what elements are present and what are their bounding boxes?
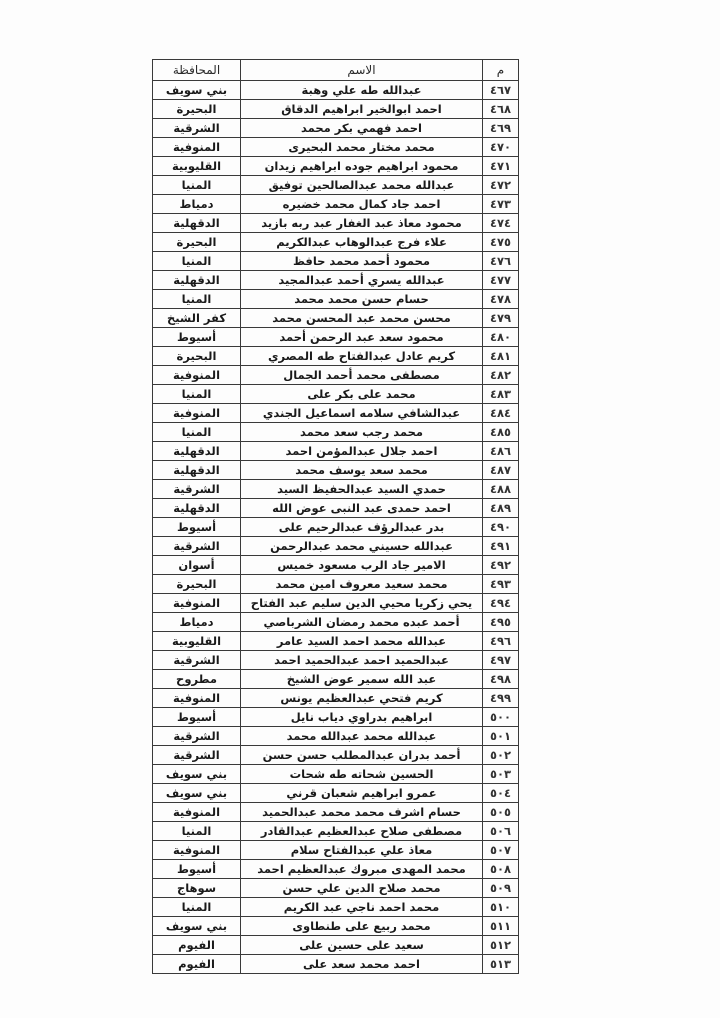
row-name: محمد سعيد معروف امين محمد <box>241 575 483 594</box>
row-name: محمود أحمد محمد حافظ <box>241 252 483 271</box>
table-row: ٤٧٤محمود معاذ عبد الغفار عبد ربه بازيدال… <box>153 214 519 233</box>
table-row: ٥١٣احمد محمد سعد علىالفيوم <box>153 955 519 974</box>
table-row: ٤٨٧محمد سعد يوسف محمدالدقهلية <box>153 461 519 480</box>
row-name: عبد الله سمير عوض الشيخ <box>241 670 483 689</box>
row-governorate: أسيوط <box>153 518 241 537</box>
row-governorate: أسوان <box>153 556 241 575</box>
table-row: ٤٩٠بدر عبدالرؤف عبدالرحيم علىأسيوط <box>153 518 519 537</box>
row-number: ٥٠٧ <box>483 841 519 860</box>
row-number: ٤٨٤ <box>483 404 519 423</box>
table-row: ٤٨٦احمد جلال عبدالمؤمن احمدالدقهلية <box>153 442 519 461</box>
row-number: ٤٧٢ <box>483 176 519 195</box>
table-row: ٤٩٣محمد سعيد معروف امين محمدالبحيرة <box>153 575 519 594</box>
table-row: ٥٠٥حسام اشرف محمد محمد عبدالحميدالمنوفية <box>153 803 519 822</box>
row-number: ٥١٣ <box>483 955 519 974</box>
header-name: الاسم <box>241 60 483 81</box>
row-name: محمد ربيع على طنطاوى <box>241 917 483 936</box>
table-row: ٤٩٨عبد الله سمير عوض الشيخمطروح <box>153 670 519 689</box>
row-governorate: مطروح <box>153 670 241 689</box>
table-row: ٤٧٦محمود أحمد محمد حافظالمنيا <box>153 252 519 271</box>
row-name: علاء فرج عبدالوهاب عبدالكريم <box>241 233 483 252</box>
row-governorate: المنوفية <box>153 366 241 385</box>
table-row: ٤٨٥محمد رجب سعد محمدالمنيا <box>153 423 519 442</box>
table-row: ٤٩٩كريم فتحي عبدالعظيم يونسالمنوفية <box>153 689 519 708</box>
table-row: ٤٨١كريم عادل عبدالفتاح طه المصريالبحيرة <box>153 347 519 366</box>
table-row: ٥٠٧معاذ علي عبدالفتاح سلامالمنوفية <box>153 841 519 860</box>
row-governorate: المنيا <box>153 385 241 404</box>
row-name: كريم عادل عبدالفتاح طه المصري <box>241 347 483 366</box>
row-name: حمدي السيد عبدالحفيظ السيد <box>241 480 483 499</box>
row-governorate: المنيا <box>153 176 241 195</box>
row-name: عبدالشافي سلامه اسماعيل الجندي <box>241 404 483 423</box>
row-governorate: دمياط <box>153 613 241 632</box>
row-number: ٤٧٤ <box>483 214 519 233</box>
row-governorate: المنوفية <box>153 803 241 822</box>
table-row: ٤٩٢الامير جاد الرب مسعود خميسأسوان <box>153 556 519 575</box>
row-name: أحمد عبده محمد رمضان الشرباصي <box>241 613 483 632</box>
table-row: ٥٠٦مصطفى صلاح عبدالعظيم عبدالقادرالمنيا <box>153 822 519 841</box>
row-number: ٤٩٩ <box>483 689 519 708</box>
table-row: ٤٧٠محمد مختار محمد البحيرىالمنوفية <box>153 138 519 157</box>
row-governorate: المنوفية <box>153 404 241 423</box>
row-governorate: الدقهلية <box>153 442 241 461</box>
row-governorate: المنيا <box>153 822 241 841</box>
row-name: عبدالله يسري أحمد عبدالمجيد <box>241 271 483 290</box>
row-name: احمد فهمي بكر محمد <box>241 119 483 138</box>
table-row: ٤٦٩احمد فهمي بكر محمدالشرقية <box>153 119 519 138</box>
row-name: حسام اشرف محمد محمد عبدالحميد <box>241 803 483 822</box>
row-name: محمد صلاح الدين علي حسن <box>241 879 483 898</box>
row-governorate: الشرقية <box>153 727 241 746</box>
table-row: ٥١٢سعيد على حسين علىالفيوم <box>153 936 519 955</box>
row-name: عمرو ابراهيم شعبان قرني <box>241 784 483 803</box>
row-name: سعيد على حسين على <box>241 936 483 955</box>
table-row: ٥٠٤عمرو ابراهيم شعبان قرنيبني سويف <box>153 784 519 803</box>
table-row: ٤٩٥أحمد عبده محمد رمضان الشرباصيدمياط <box>153 613 519 632</box>
row-name: كريم فتحي عبدالعظيم يونس <box>241 689 483 708</box>
row-governorate: المنوفية <box>153 689 241 708</box>
row-number: ٥١١ <box>483 917 519 936</box>
row-number: ٤٩٨ <box>483 670 519 689</box>
row-number: ٥٠٥ <box>483 803 519 822</box>
row-governorate: المنوفية <box>153 138 241 157</box>
row-governorate: بني سويف <box>153 765 241 784</box>
row-governorate: الشرقية <box>153 537 241 556</box>
row-number: ٥٠١ <box>483 727 519 746</box>
row-number: ٤٧٣ <box>483 195 519 214</box>
row-name: مصطفى محمد أحمد الجمال <box>241 366 483 385</box>
row-governorate: أسيوط <box>153 328 241 347</box>
row-number: ٤٨٧ <box>483 461 519 480</box>
table-row: ٤٨٤عبدالشافي سلامه اسماعيل الجنديالمنوفي… <box>153 404 519 423</box>
row-number: ٤٩٥ <box>483 613 519 632</box>
table-row: ٤٩٧عبدالحميد احمد عبدالحميد احمدالشرقية <box>153 651 519 670</box>
row-number: ٥٠٤ <box>483 784 519 803</box>
document-page: م الاسم المحافظة ٤٦٧عبدالله طه علي وهبةب… <box>0 0 720 1018</box>
row-governorate: بني سويف <box>153 81 241 100</box>
row-name: محمد رجب سعد محمد <box>241 423 483 442</box>
names-table: م الاسم المحافظة ٤٦٧عبدالله طه علي وهبةب… <box>152 59 519 974</box>
row-number: ٥٠٩ <box>483 879 519 898</box>
table-row: ٤٨٣محمد على بكر علىالمنيا <box>153 385 519 404</box>
row-governorate: الفيوم <box>153 955 241 974</box>
row-governorate: القليوبية <box>153 632 241 651</box>
row-governorate: بني سويف <box>153 784 241 803</box>
table-row: ٤٨٠محمود سعد عبد الرحمن أحمدأسيوط <box>153 328 519 347</box>
row-number: ٤٧٧ <box>483 271 519 290</box>
row-name: بدر عبدالرؤف عبدالرحيم على <box>241 518 483 537</box>
row-number: ٤٨٠ <box>483 328 519 347</box>
table-row: ٤٩٦عبدالله محمد احمد السيد عامرالقليوبية <box>153 632 519 651</box>
row-number: ٤٧٩ <box>483 309 519 328</box>
row-governorate: الشرقية <box>153 746 241 765</box>
row-number: ٤٨٨ <box>483 480 519 499</box>
row-number: ٤٩٦ <box>483 632 519 651</box>
row-name: احمد محمد سعد على <box>241 955 483 974</box>
row-governorate: البحيرة <box>153 100 241 119</box>
row-number: ٥١٠ <box>483 898 519 917</box>
table-row: ٤٧٣احمد جاد كمال محمد خضيرهدمياط <box>153 195 519 214</box>
row-number: ٤٧٥ <box>483 233 519 252</box>
row-governorate: الفيوم <box>153 936 241 955</box>
row-name: يحي زكريا محيي الدين سليم عبد الفتاح <box>241 594 483 613</box>
table-row: ٥٠٣الحسين شحاته طه شحاتبني سويف <box>153 765 519 784</box>
row-number: ٤٩٢ <box>483 556 519 575</box>
row-governorate: الدقهلية <box>153 214 241 233</box>
row-name: مصطفى صلاح عبدالعظيم عبدالقادر <box>241 822 483 841</box>
row-number: ٤٩٧ <box>483 651 519 670</box>
table-row: ٤٨٩احمد حمدى عبد النبى عوض اللهالدقهلية <box>153 499 519 518</box>
row-number: ٤٦٨ <box>483 100 519 119</box>
row-number: ٥٠٠ <box>483 708 519 727</box>
row-name: عبدالحميد احمد عبدالحميد احمد <box>241 651 483 670</box>
row-name: عبدالله محمد عبدالصالحين توفيق <box>241 176 483 195</box>
row-number: ٥١٢ <box>483 936 519 955</box>
header-governorate: المحافظة <box>153 60 241 81</box>
row-governorate: المنيا <box>153 423 241 442</box>
row-name: عبدالله حسيني محمد عبدالرحمن <box>241 537 483 556</box>
row-name: حسام حسن محمد محمد <box>241 290 483 309</box>
table-row: ٤٧٩محسن محمد عبد المحسن محمدكفر الشيخ <box>153 309 519 328</box>
row-governorate: الدقهلية <box>153 499 241 518</box>
row-number: ٤٨٣ <box>483 385 519 404</box>
row-number: ٤٨٩ <box>483 499 519 518</box>
table-row: ٥١١محمد ربيع على طنطاوىبني سويف <box>153 917 519 936</box>
row-number: ٤٧٦ <box>483 252 519 271</box>
table-row: ٤٧١محمود ابراهيم جوده ابراهيم زيدانالقلي… <box>153 157 519 176</box>
row-number: ٤٧١ <box>483 157 519 176</box>
row-governorate: بني سويف <box>153 917 241 936</box>
row-governorate: أسيوط <box>153 708 241 727</box>
table-row: ٤٩٤يحي زكريا محيي الدين سليم عبد الفتاحا… <box>153 594 519 613</box>
row-name: أحمد بدران عبدالمطلب حسن حسن <box>241 746 483 765</box>
row-name: عبدالله محمد عبدالله محمد <box>241 727 483 746</box>
row-number: ٤٦٧ <box>483 81 519 100</box>
row-name: عبدالله طه علي وهبة <box>241 81 483 100</box>
row-name: احمد حمدى عبد النبى عوض الله <box>241 499 483 518</box>
row-name: محمد احمد ناجي عبد الكريم <box>241 898 483 917</box>
table-row: ٥٠٩محمد صلاح الدين علي حسنسوهاج <box>153 879 519 898</box>
row-name: احمد جلال عبدالمؤمن احمد <box>241 442 483 461</box>
row-governorate: الشرقية <box>153 119 241 138</box>
row-number: ٥٠٣ <box>483 765 519 784</box>
row-name: الامير جاد الرب مسعود خميس <box>241 556 483 575</box>
row-number: ٤٨١ <box>483 347 519 366</box>
table-row: ٤٧٢عبدالله محمد عبدالصالحين توفيقالمنيا <box>153 176 519 195</box>
row-governorate: المنوفية <box>153 594 241 613</box>
row-governorate: دمياط <box>153 195 241 214</box>
table-row: ٤٦٧عبدالله طه علي وهبةبني سويف <box>153 81 519 100</box>
row-governorate: البحيرة <box>153 575 241 594</box>
row-name: احمد جاد كمال محمد خضيره <box>241 195 483 214</box>
row-name: الحسين شحاته طه شحات <box>241 765 483 784</box>
table-row: ٥٠٢أحمد بدران عبدالمطلب حسن حسنالشرقية <box>153 746 519 765</box>
table-row: ٤٧٨حسام حسن محمد محمدالمنيا <box>153 290 519 309</box>
row-number: ٤٨٥ <box>483 423 519 442</box>
row-number: ٤٧٨ <box>483 290 519 309</box>
row-number: ٤٨٢ <box>483 366 519 385</box>
row-number: ٥٠٦ <box>483 822 519 841</box>
header-number: م <box>483 60 519 81</box>
row-governorate: البحيرة <box>153 347 241 366</box>
row-name: محمد سعد يوسف محمد <box>241 461 483 480</box>
row-governorate: سوهاج <box>153 879 241 898</box>
row-governorate: البحيرة <box>153 233 241 252</box>
row-name: احمد ابوالخير ابراهيم الدقاق <box>241 100 483 119</box>
row-governorate: المنيا <box>153 252 241 271</box>
row-governorate: الدقهلية <box>153 271 241 290</box>
table-row: ٥١٠محمد احمد ناجي عبد الكريمالمنيا <box>153 898 519 917</box>
row-governorate: المنيا <box>153 290 241 309</box>
row-name: محسن محمد عبد المحسن محمد <box>241 309 483 328</box>
table-row: ٤٧٥علاء فرج عبدالوهاب عبدالكريمالبحيرة <box>153 233 519 252</box>
row-number: ٤٩٠ <box>483 518 519 537</box>
row-number: ٤٩٣ <box>483 575 519 594</box>
row-governorate: الدقهلية <box>153 461 241 480</box>
row-name: ابراهيم بدراوي دياب نايل <box>241 708 483 727</box>
row-governorate: المنيا <box>153 898 241 917</box>
table-row: ٤٩١عبدالله حسيني محمد عبدالرحمنالشرقية <box>153 537 519 556</box>
row-number: ٤٧٠ <box>483 138 519 157</box>
row-number: ٤٩٤ <box>483 594 519 613</box>
row-governorate: كفر الشيخ <box>153 309 241 328</box>
row-name: معاذ علي عبدالفتاح سلام <box>241 841 483 860</box>
table-row: ٥٠١عبدالله محمد عبدالله محمدالشرقية <box>153 727 519 746</box>
row-governorate: الشرقية <box>153 651 241 670</box>
table-row: ٥٠٨محمد المهدى مبروك عبدالعظيم احمدأسيوط <box>153 860 519 879</box>
row-governorate: المنوفية <box>153 841 241 860</box>
row-number: ٤٦٩ <box>483 119 519 138</box>
row-number: ٥٠٢ <box>483 746 519 765</box>
row-name: محمد على بكر على <box>241 385 483 404</box>
row-number: ٤٩١ <box>483 537 519 556</box>
row-name: محمد مختار محمد البحيرى <box>241 138 483 157</box>
row-name: عبدالله محمد احمد السيد عامر <box>241 632 483 651</box>
table-header-row: م الاسم المحافظة <box>153 60 519 81</box>
row-name: محمود معاذ عبد الغفار عبد ربه بازيد <box>241 214 483 233</box>
table-row: ٤٨٢مصطفى محمد أحمد الجمالالمنوفية <box>153 366 519 385</box>
table-row: ٥٠٠ابراهيم بدراوي دياب نايلأسيوط <box>153 708 519 727</box>
row-name: محمود سعد عبد الرحمن أحمد <box>241 328 483 347</box>
row-number: ٤٨٦ <box>483 442 519 461</box>
row-governorate: القليوبية <box>153 157 241 176</box>
row-governorate: أسيوط <box>153 860 241 879</box>
table-row: ٤٦٨احمد ابوالخير ابراهيم الدقاقالبحيرة <box>153 100 519 119</box>
row-name: محمد المهدى مبروك عبدالعظيم احمد <box>241 860 483 879</box>
table-row: ٤٨٨حمدي السيد عبدالحفيظ السيدالشرقية <box>153 480 519 499</box>
row-number: ٥٠٨ <box>483 860 519 879</box>
row-governorate: الشرقية <box>153 480 241 499</box>
row-name: محمود ابراهيم جوده ابراهيم زيدان <box>241 157 483 176</box>
table-row: ٤٧٧عبدالله يسري أحمد عبدالمجيدالدقهلية <box>153 271 519 290</box>
